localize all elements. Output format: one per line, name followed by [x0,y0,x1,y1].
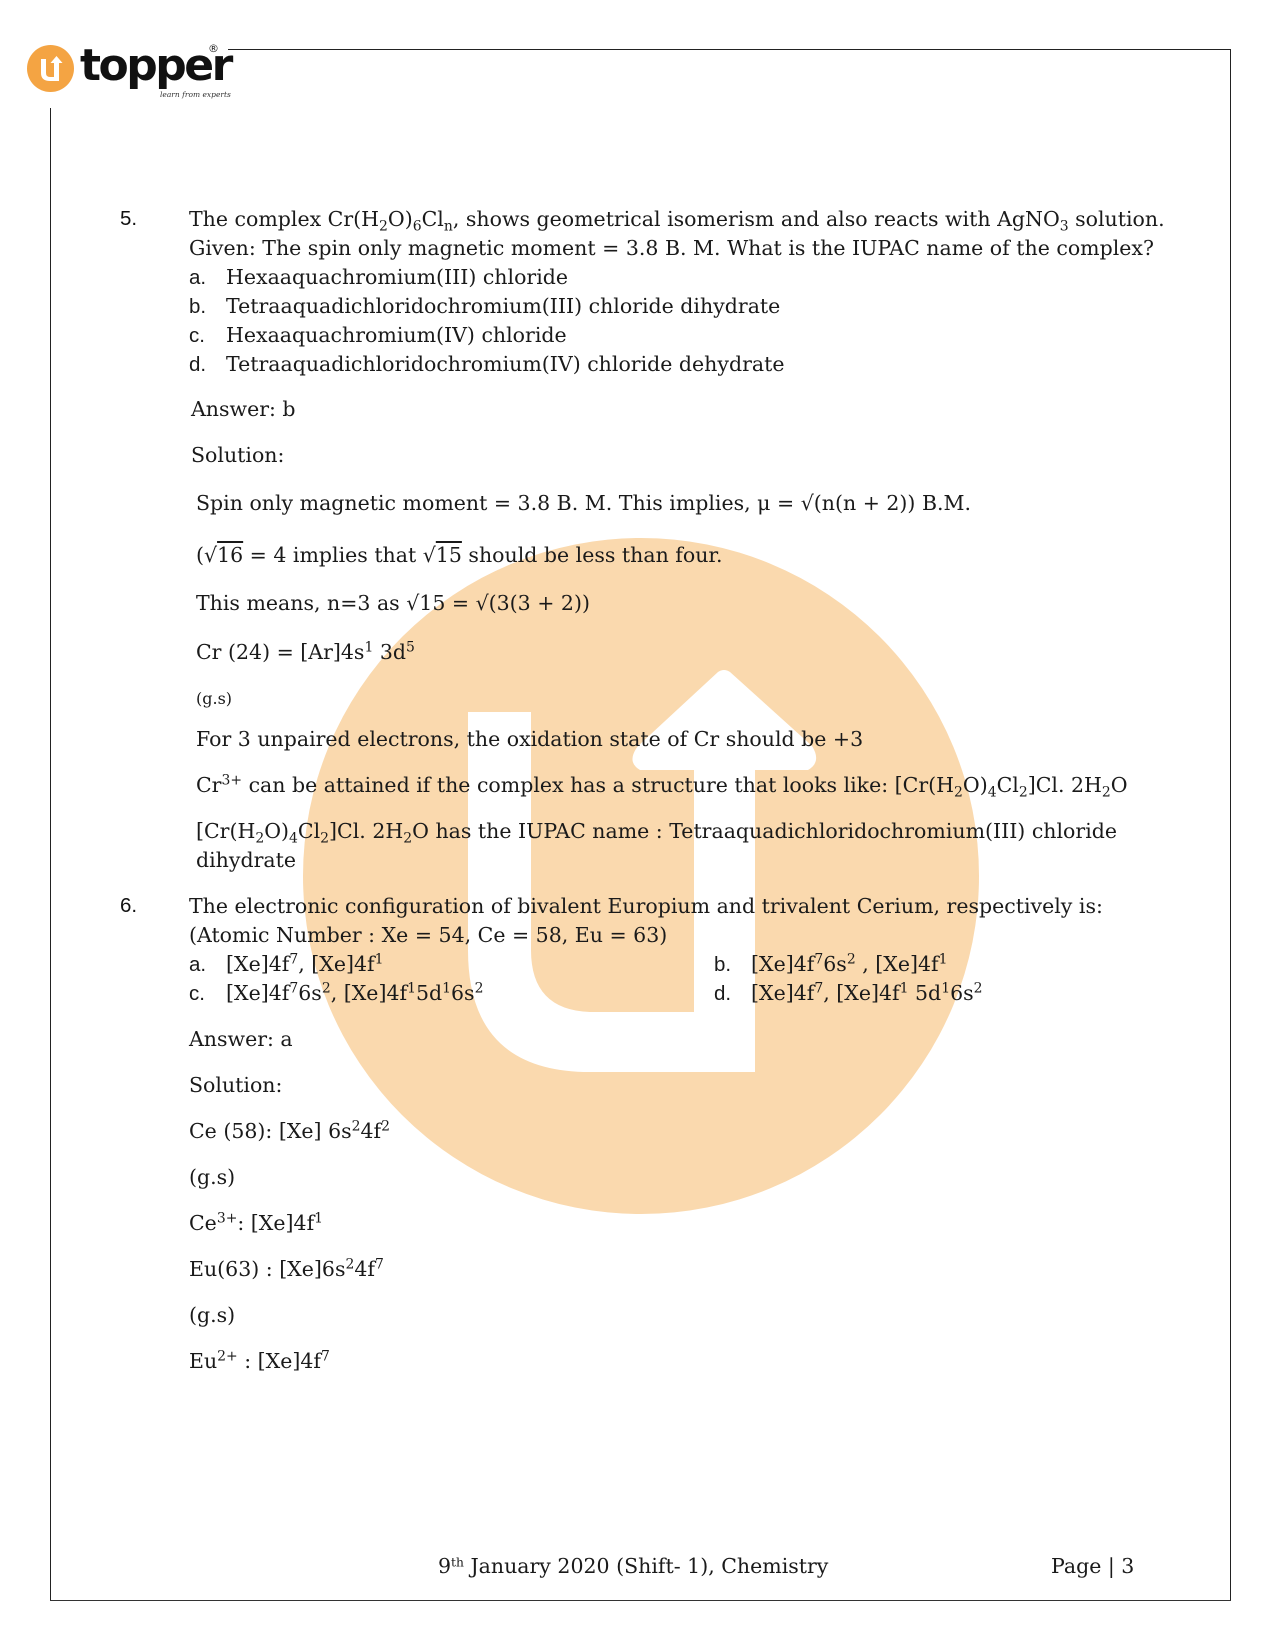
solution-line: (g.s) [189,1302,235,1328]
question-number: 5. [120,206,137,232]
question-6-stem-line2: (Atomic Number : Xe = 54, Ce = 58, Eu = … [189,922,667,948]
option-d: d.Tetraaquadichloridochromium(IV) chlori… [189,351,784,378]
option-c: c.Hexaaquachromium(IV) chloride [189,322,567,349]
question-5-stem-line2: Given: The spin only magnetic moment = 3… [189,235,1154,261]
option-d: d.[Xe]4f7, [Xe]4f1 5d16s2 [714,980,983,1007]
solution-line: (g.s) [189,1164,235,1190]
question-6-stem-line1: The electronic configuration of bivalent… [189,893,1103,919]
solution-line: [Cr(H2O)4Cl2]Cl. 2H2O has the IUPAC name… [196,818,1117,844]
solution-line: Cr (24) = [Ar]4s1 3d5 [196,639,415,665]
solution-line: Ce (58): [Xe] 6s24f2 [189,1118,390,1144]
question-5-stem-line1: The complex Cr(H2O)6Cln, shows geometric… [189,206,1165,232]
question-number: 6. [120,893,137,919]
option-c: c.[Xe]4f76s2, [Xe]4f15d16s2 [189,980,483,1007]
solution-line: For 3 unpaired electrons, the oxidation … [196,726,863,752]
solution-line: Spin only magnetic moment = 3.8 B. M. Th… [196,490,971,516]
solution-line: dihydrate [196,847,296,873]
solution-line: Ce3+: [Xe]4f1 [189,1210,323,1236]
option-a: a.[Xe]4f7, [Xe]4f1 [189,951,384,978]
solution-line: This means, n=3 as √15 = √(3(3 + 2)) [196,590,590,616]
solution-line: Eu(63) : [Xe]6s24f7 [189,1256,384,1282]
option-b: b.[Xe]4f76s2 , [Xe]4f1 [714,951,947,978]
solution-line: (g.s) [196,686,232,712]
answer-label: Answer: b [191,396,296,422]
answer-label: Answer: a [189,1026,293,1052]
document-content: 5. The complex Cr(H2O)6Cln, shows geomet… [0,0,1275,1650]
solution-label: Solution: [191,442,284,468]
solution-line: Cr3+ can be attained if the complex has … [196,772,1128,798]
solution-label: Solution: [189,1072,282,1098]
solution-line: (√16 = 4 implies that √15 should be less… [196,542,722,568]
solution-line: Eu2+ : [Xe]4f7 [189,1348,330,1374]
footer-exam-info: 9th January 2020 (Shift- 1), Chemistry [438,1553,828,1579]
option-b: b.Tetraaquadichloridochromium(III) chlor… [189,293,780,320]
footer-page-number: Page | 3 [1051,1553,1134,1579]
option-a: a.Hexaaquachromium(III) chloride [189,264,568,291]
